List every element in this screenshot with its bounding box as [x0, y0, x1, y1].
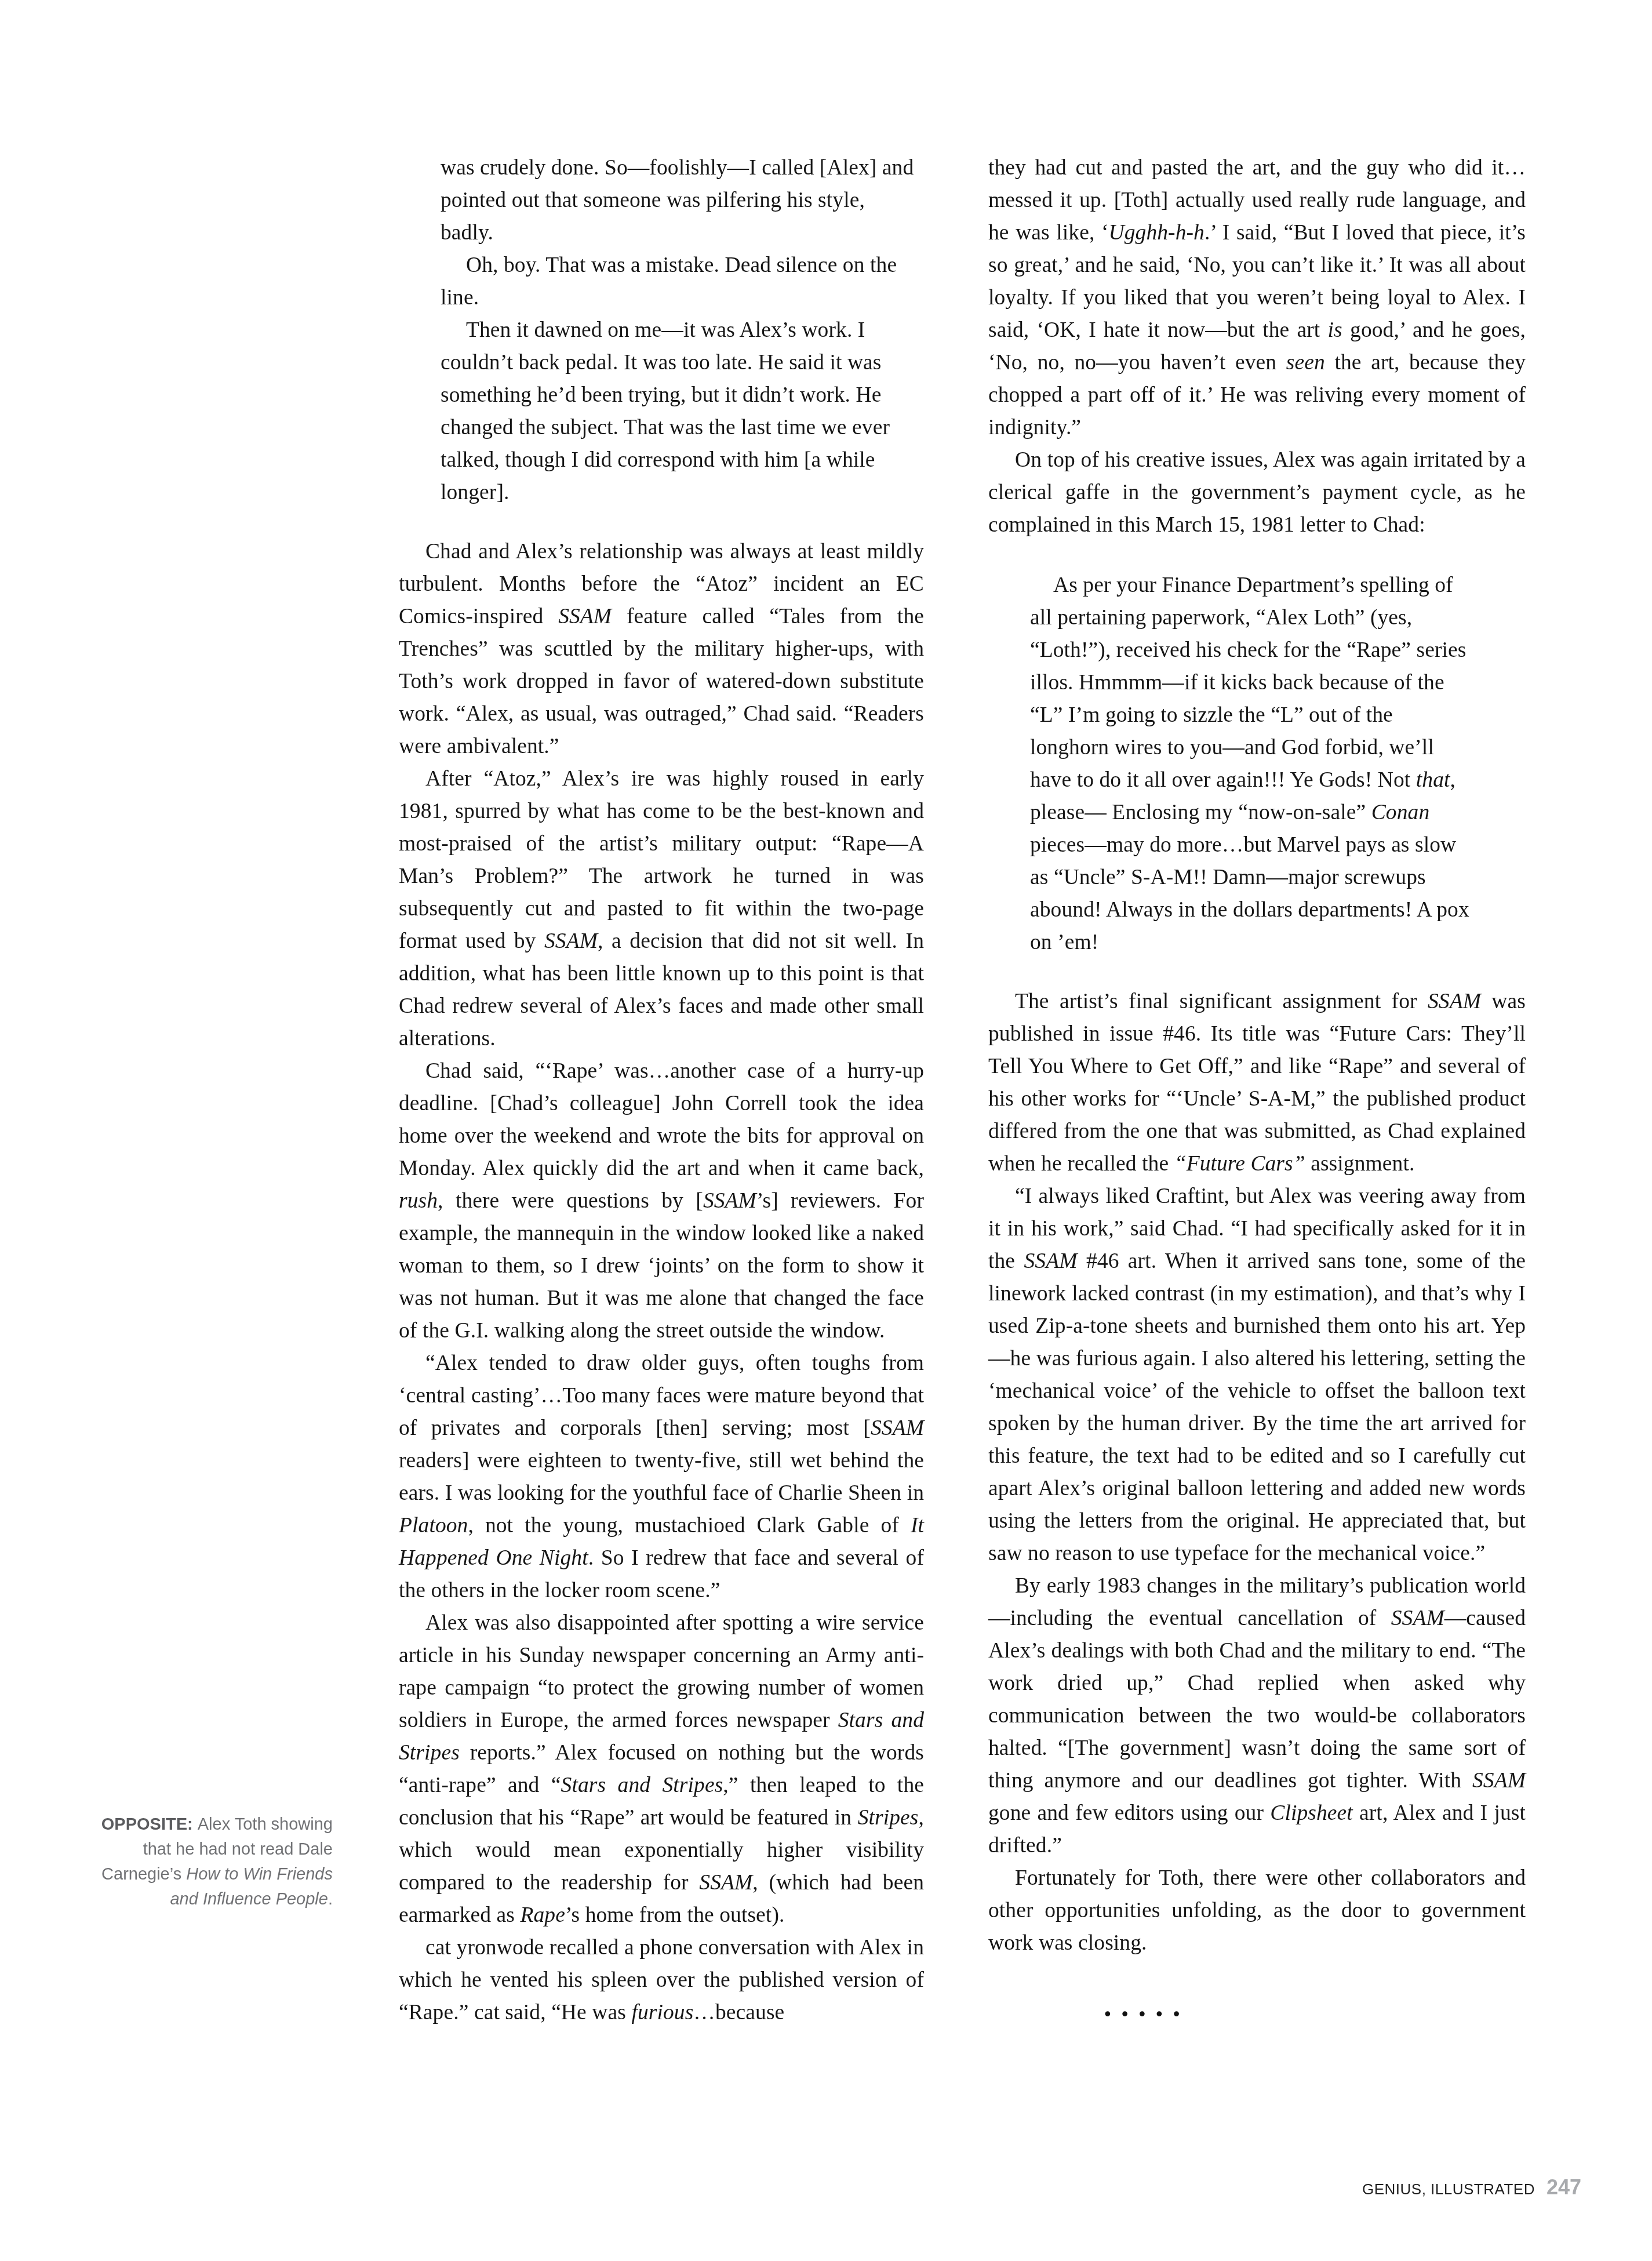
book-page: was crudely done. So—foolishly—I called …: [0, 0, 1652, 2261]
book-title: GENIUS, ILLUSTRATED: [1362, 2180, 1535, 2198]
letter-extract-quote: As per your Finance Department’s spellin…: [1030, 569, 1476, 959]
margin-caption: OPPOSITE: Alex Toth showing that he had …: [87, 1812, 333, 1912]
page-footer: GENIUS, ILLUSTRATED 247: [1362, 2175, 1581, 2200]
body-paragraph: Chad and Alex’s relationship was always …: [399, 536, 924, 763]
right-text-column: they had cut and pasted the art, and the…: [988, 152, 1526, 1960]
body-paragraph: Alex was also disappointed after spottin…: [399, 1607, 924, 1932]
letter-paragraph: As per your Finance Department’s spellin…: [1030, 569, 1476, 959]
quote-paragraph: Then it dawned on me—it was Alex’s work.…: [441, 314, 920, 509]
body-paragraph: The artist’s final significant assignmen…: [988, 986, 1526, 1180]
body-paragraph: “Alex tended to draw older guys, often t…: [399, 1347, 924, 1607]
page-number: 247: [1547, 2175, 1581, 2200]
quote-paragraph: Oh, boy. That was a mistake. Dead silenc…: [441, 249, 920, 314]
left-text-column: was crudely done. So—foolishly—I called …: [399, 152, 924, 2029]
quote-paragraph: was crudely done. So—foolishly—I called …: [441, 152, 920, 249]
body-paragraph: Fortunately for Toth, there were other c…: [988, 1862, 1526, 1960]
body-paragraph: they had cut and pasted the art, and the…: [988, 152, 1526, 444]
section-break-dots: •••••: [1102, 2005, 1188, 2025]
body-paragraph: After “Atoz,” Alex’s ire was highly rous…: [399, 763, 924, 1055]
body-paragraph: By early 1983 changes in the military’s …: [988, 1570, 1526, 1862]
body-paragraph: “I always liked Craftint, but Alex was v…: [988, 1180, 1526, 1570]
body-paragraph: cat yronwode recalled a phone conversati…: [399, 1932, 924, 2029]
caption-text: OPPOSITE: Alex Toth showing that he had …: [87, 1812, 333, 1912]
body-paragraph: Chad said, “‘Rape’ was…another case of a…: [399, 1055, 924, 1347]
opening-extract-quote: was crudely done. So—foolishly—I called …: [441, 152, 920, 509]
body-paragraph: On top of his creative issues, Alex was …: [988, 444, 1526, 541]
